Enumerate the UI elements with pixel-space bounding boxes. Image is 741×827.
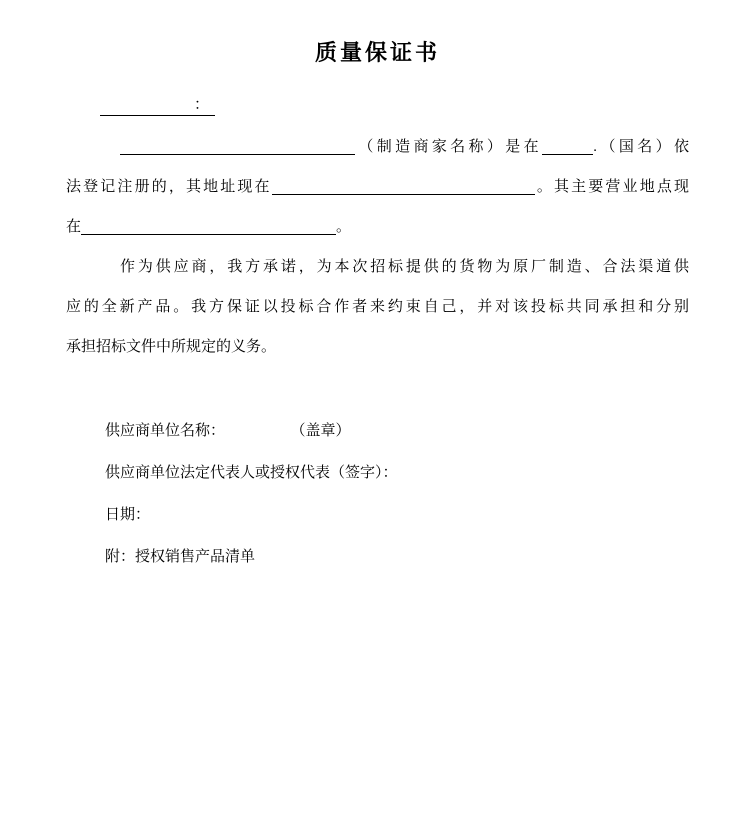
document-page: 质量保证书 ： （制造商家名称）是在.（国名）依 法登记注册的，其地址现在。其主… — [0, 0, 741, 827]
date-line: 日期： — [105, 494, 689, 536]
para1-line2-text-b: 。其主要营业地点现 — [535, 178, 689, 195]
para1-line3: 在。 — [66, 207, 689, 247]
paragraph-commitment: 作为供应商，我方承诺，为本次招标提供的货物为原厂制造、合法渠道供 应的全新产品。… — [66, 247, 689, 367]
recipient-line: ： — [100, 85, 689, 125]
para2-line2: 应的全新产品。我方保证以投标合作者来约束自己，并对该投标共同承担和分别 — [66, 287, 689, 327]
para2-line1: 作为供应商，我方承诺，为本次招标提供的货物为原厂制造、合法渠道供 — [66, 247, 689, 287]
document-title: 质量保证书 — [66, 38, 689, 68]
recipient-colon: ： — [194, 96, 209, 113]
business-location-blank — [81, 216, 336, 235]
para1-line1-text-b: .（国名）依 — [593, 138, 689, 155]
para1-line2: 法登记注册的，其地址现在。其主要营业地点现 — [66, 167, 689, 207]
paragraph-registration: （制造商家名称）是在.（国名）依 法登记注册的，其地址现在。其主要营业地点现 在… — [66, 127, 689, 247]
seal-label: （盖章） — [298, 422, 351, 439]
country-name-blank — [542, 136, 593, 155]
para1-line1-text-a: （制造商家名称）是在 — [355, 138, 542, 155]
address-blank — [272, 176, 535, 195]
document-content: 质量保证书 ： （制造商家名称）是在.（国名）依 法登记注册的，其地址现在。其主… — [0, 38, 689, 578]
representative-line: 供应商单位法定代表人或授权代表（签字）： — [105, 452, 689, 494]
company-name-label: 供应商单位名称： — [105, 422, 225, 439]
company-name-line: 供应商单位名称：（盖章） — [105, 410, 689, 452]
para2-line3: 承担招标文件中所规定的义务。 — [66, 327, 689, 367]
para1-line3-text-b: 。 — [336, 218, 351, 235]
para1-line3-text-a: 在 — [66, 218, 81, 235]
manufacturer-name-blank — [120, 136, 355, 155]
attachment-line: 附：授权销售产品清单 — [105, 536, 689, 578]
recipient-blank: ： — [100, 95, 215, 116]
signature-block: 供应商单位名称：（盖章） 供应商单位法定代表人或授权代表（签字）： 日期： 附：… — [105, 410, 689, 578]
para1-line1: （制造商家名称）是在.（国名）依 — [66, 127, 689, 167]
para1-line2-text-a: 法登记注册的，其地址现在 — [66, 178, 272, 195]
